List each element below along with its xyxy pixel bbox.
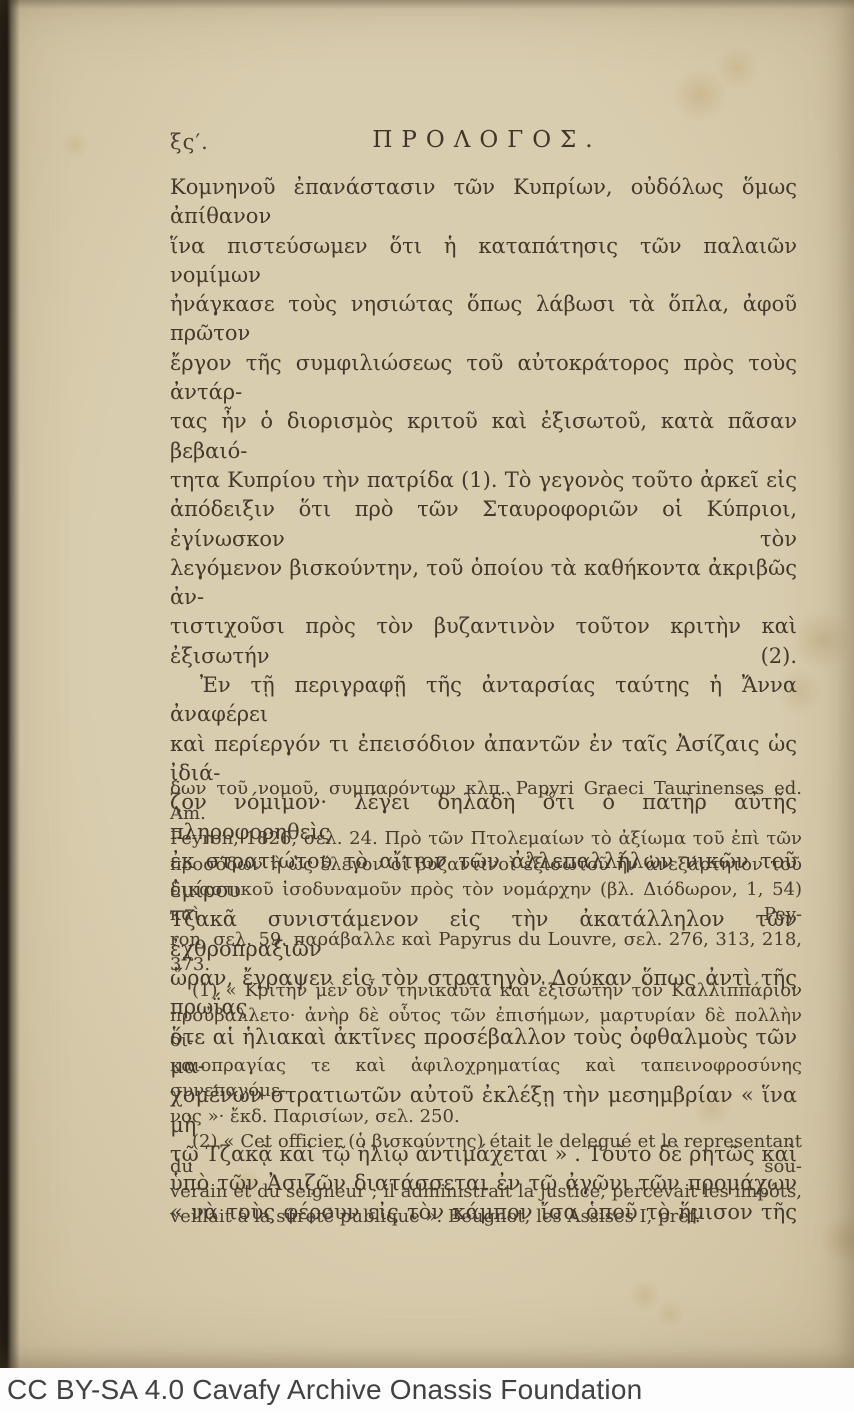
footnote-line: veillait à la sûreté publique ». Beugnot… <box>170 1204 802 1229</box>
footnote-line: (1) « Κριτὴν μὲν οὖν τηνικαῦτα καὶ ἐξισω… <box>170 978 802 1003</box>
body-line: τιστιχοῦσι πρὸς τὸν βυζαντινὸν τοῦτον κρ… <box>170 612 797 671</box>
body-line: τας ἦν ὁ διορισμὸς κριτοῦ καὶ ἐξισωτοῦ, … <box>170 407 797 466</box>
body-line: Ἐν τῇ περιγραφῇ τῆς ἀνταρσίας ταύτης ἡ Ἄ… <box>170 671 797 730</box>
book-page-scan: ξς′. ΠΡΟΛΟΓΟΣ. Κομνηνοῦ ἐπανάστασιν τῶν … <box>0 0 854 1368</box>
license-caption-text: CC BY-SA 4.0 Cavafy Archive Onassis Foun… <box>0 1374 642 1406</box>
footnote-line: δων τοῦ νομοῦ, συμπαρόντων κλπ. Papyri G… <box>170 776 802 826</box>
footnote-line: νος »· ἔκδ. Παρισίων, σελ. 250. <box>170 1104 802 1129</box>
footnote-line: προσόδων ἢ ὡς ἔλεγον οἱ βυζαντινοὶ ἐξισω… <box>170 852 802 877</box>
license-caption-bar: CC BY-SA 4.0 Cavafy Archive Onassis Foun… <box>0 1368 854 1412</box>
footnote-line: δικαστικοῦ ἰσοδυναμοῦν πρὸς τὸν νομάρχην… <box>170 877 802 927</box>
body-line: λεγόμενον βισκούντην, τοῦ ὁποίου τὰ καθή… <box>170 554 797 613</box>
footnote-line: ron, σελ. 59. παράβαλλε καὶ Papyrus du L… <box>170 927 802 977</box>
body-line: ἵνα πιστεύσωμεν ὅτι ἡ καταπάτησις τῶν πα… <box>170 232 797 291</box>
body-line: τητα Κυπρίου τὴν πατρίδα (1). Τὸ γεγονὸς… <box>170 466 797 495</box>
footnote-line: (2) « Cet officier (ὁ βισκούντης) était … <box>170 1129 802 1179</box>
footnote-line: προὐβάλλετο· ἀνὴρ δὲ οὗτος τῶν ἐπισήμων,… <box>170 1003 802 1053</box>
body-line: ἀπόδειξιν ὅτι πρὸ τῶν Σταυροφοριῶν οἱ Κύ… <box>170 495 797 554</box>
page-title: ΠΡΟΛΟΓΟΣ. <box>170 127 795 153</box>
footnote-line: verain et du seigneur ; il administrait … <box>170 1179 802 1204</box>
footnotes-block: δων τοῦ νομοῦ, συμπαρόντων κλπ. Papyri G… <box>170 776 802 1230</box>
body-line: ἠνάγκασε τοὺς νησιώτας ὅπως λάβωσι τὰ ὅπ… <box>170 290 797 349</box>
screenshot-root: ξς′. ΠΡΟΛΟΓΟΣ. Κομνηνοῦ ἐπανάστασιν τῶν … <box>0 0 854 1412</box>
footnote-line: Peyron, 1826, σελ. 24. Πρὸ τῶν Πτολεμαίω… <box>170 826 802 851</box>
body-line: ἔργον τῆς συμφιλιώσεως τοῦ αὐτοκράτορος … <box>170 349 797 408</box>
body-line: Κομνηνοῦ ἐπανάστασιν τῶν Κυπρίων, οὐδόλω… <box>170 173 797 232</box>
footnote-line: καιοπραγίας τε καὶ ἀφιλοχρηματίας καὶ τα… <box>170 1053 802 1103</box>
